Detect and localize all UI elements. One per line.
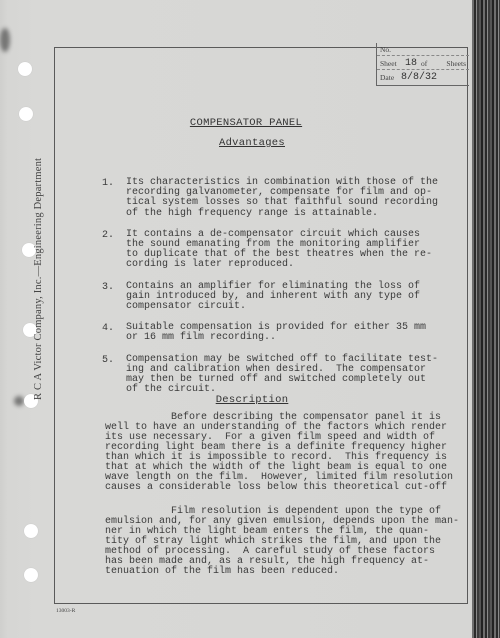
number-row: No. <box>377 43 469 56</box>
number-label: No. <box>380 45 391 54</box>
sheet-row: Sheet 18 of Sheets <box>377 57 469 70</box>
item-number: 4. <box>102 323 114 334</box>
form-number: 13003-R <box>56 608 75 614</box>
advantages-heading: Advantages <box>2 137 500 149</box>
item-number: 5. <box>102 355 114 366</box>
list-item: 1. Its characteristics in combination wi… <box>102 178 462 219</box>
item-text: It contains a de-compensator circuit whi… <box>126 230 462 271</box>
item-number: 3. <box>102 282 114 293</box>
list-item: 3. Contains an amplifier for eliminating… <box>102 282 462 313</box>
document-title: COMPENSATOR PANEL <box>0 117 496 129</box>
list-item: 2. It contains a de-compensator circuit … <box>102 230 462 271</box>
punch-hole <box>24 524 38 538</box>
document-page: R C A Victor Company, Inc.—Engineering D… <box>0 0 470 638</box>
description-paragraph: Film resolution is dependent upon the ty… <box>105 507 459 577</box>
smudge-mark <box>0 28 10 52</box>
item-text: Compensation may be switched off to faci… <box>126 355 462 396</box>
item-text: Suitable compensation is provided for ei… <box>126 323 462 343</box>
description-paragraph: Before describing the compensator panel … <box>105 413 453 493</box>
advantages-list: 1. Its characteristics in combination wi… <box>102 178 462 406</box>
item-number: 1. <box>102 178 114 189</box>
list-item: 4. Suitable compensation is provided for… <box>102 323 462 343</box>
description-heading: Description <box>2 394 500 406</box>
sheet-label: Sheet <box>380 59 397 68</box>
date-value: 8/8/32 <box>401 72 437 83</box>
company-department-label: R C A Victor Company, Inc.—Engineering D… <box>33 158 44 400</box>
sheets-label: Sheets <box>446 59 466 68</box>
date-row: Date 8/8/32 <box>377 71 469 84</box>
item-number: 2. <box>102 230 114 241</box>
punch-hole <box>24 568 38 582</box>
sheet-info-box: No. Sheet 18 of Sheets Date 8/8/32 <box>376 43 469 86</box>
date-label: Date <box>380 73 394 82</box>
item-text: Its characteristics in combination with … <box>126 178 462 219</box>
punch-hole <box>18 62 32 76</box>
item-text: Contains an amplifier for eliminating th… <box>126 282 462 313</box>
sheet-number: 18 <box>405 58 417 69</box>
of-label: of <box>421 59 427 68</box>
list-item: 5. Compensation may be switched off to f… <box>102 355 462 396</box>
scanner-edge <box>472 0 500 638</box>
